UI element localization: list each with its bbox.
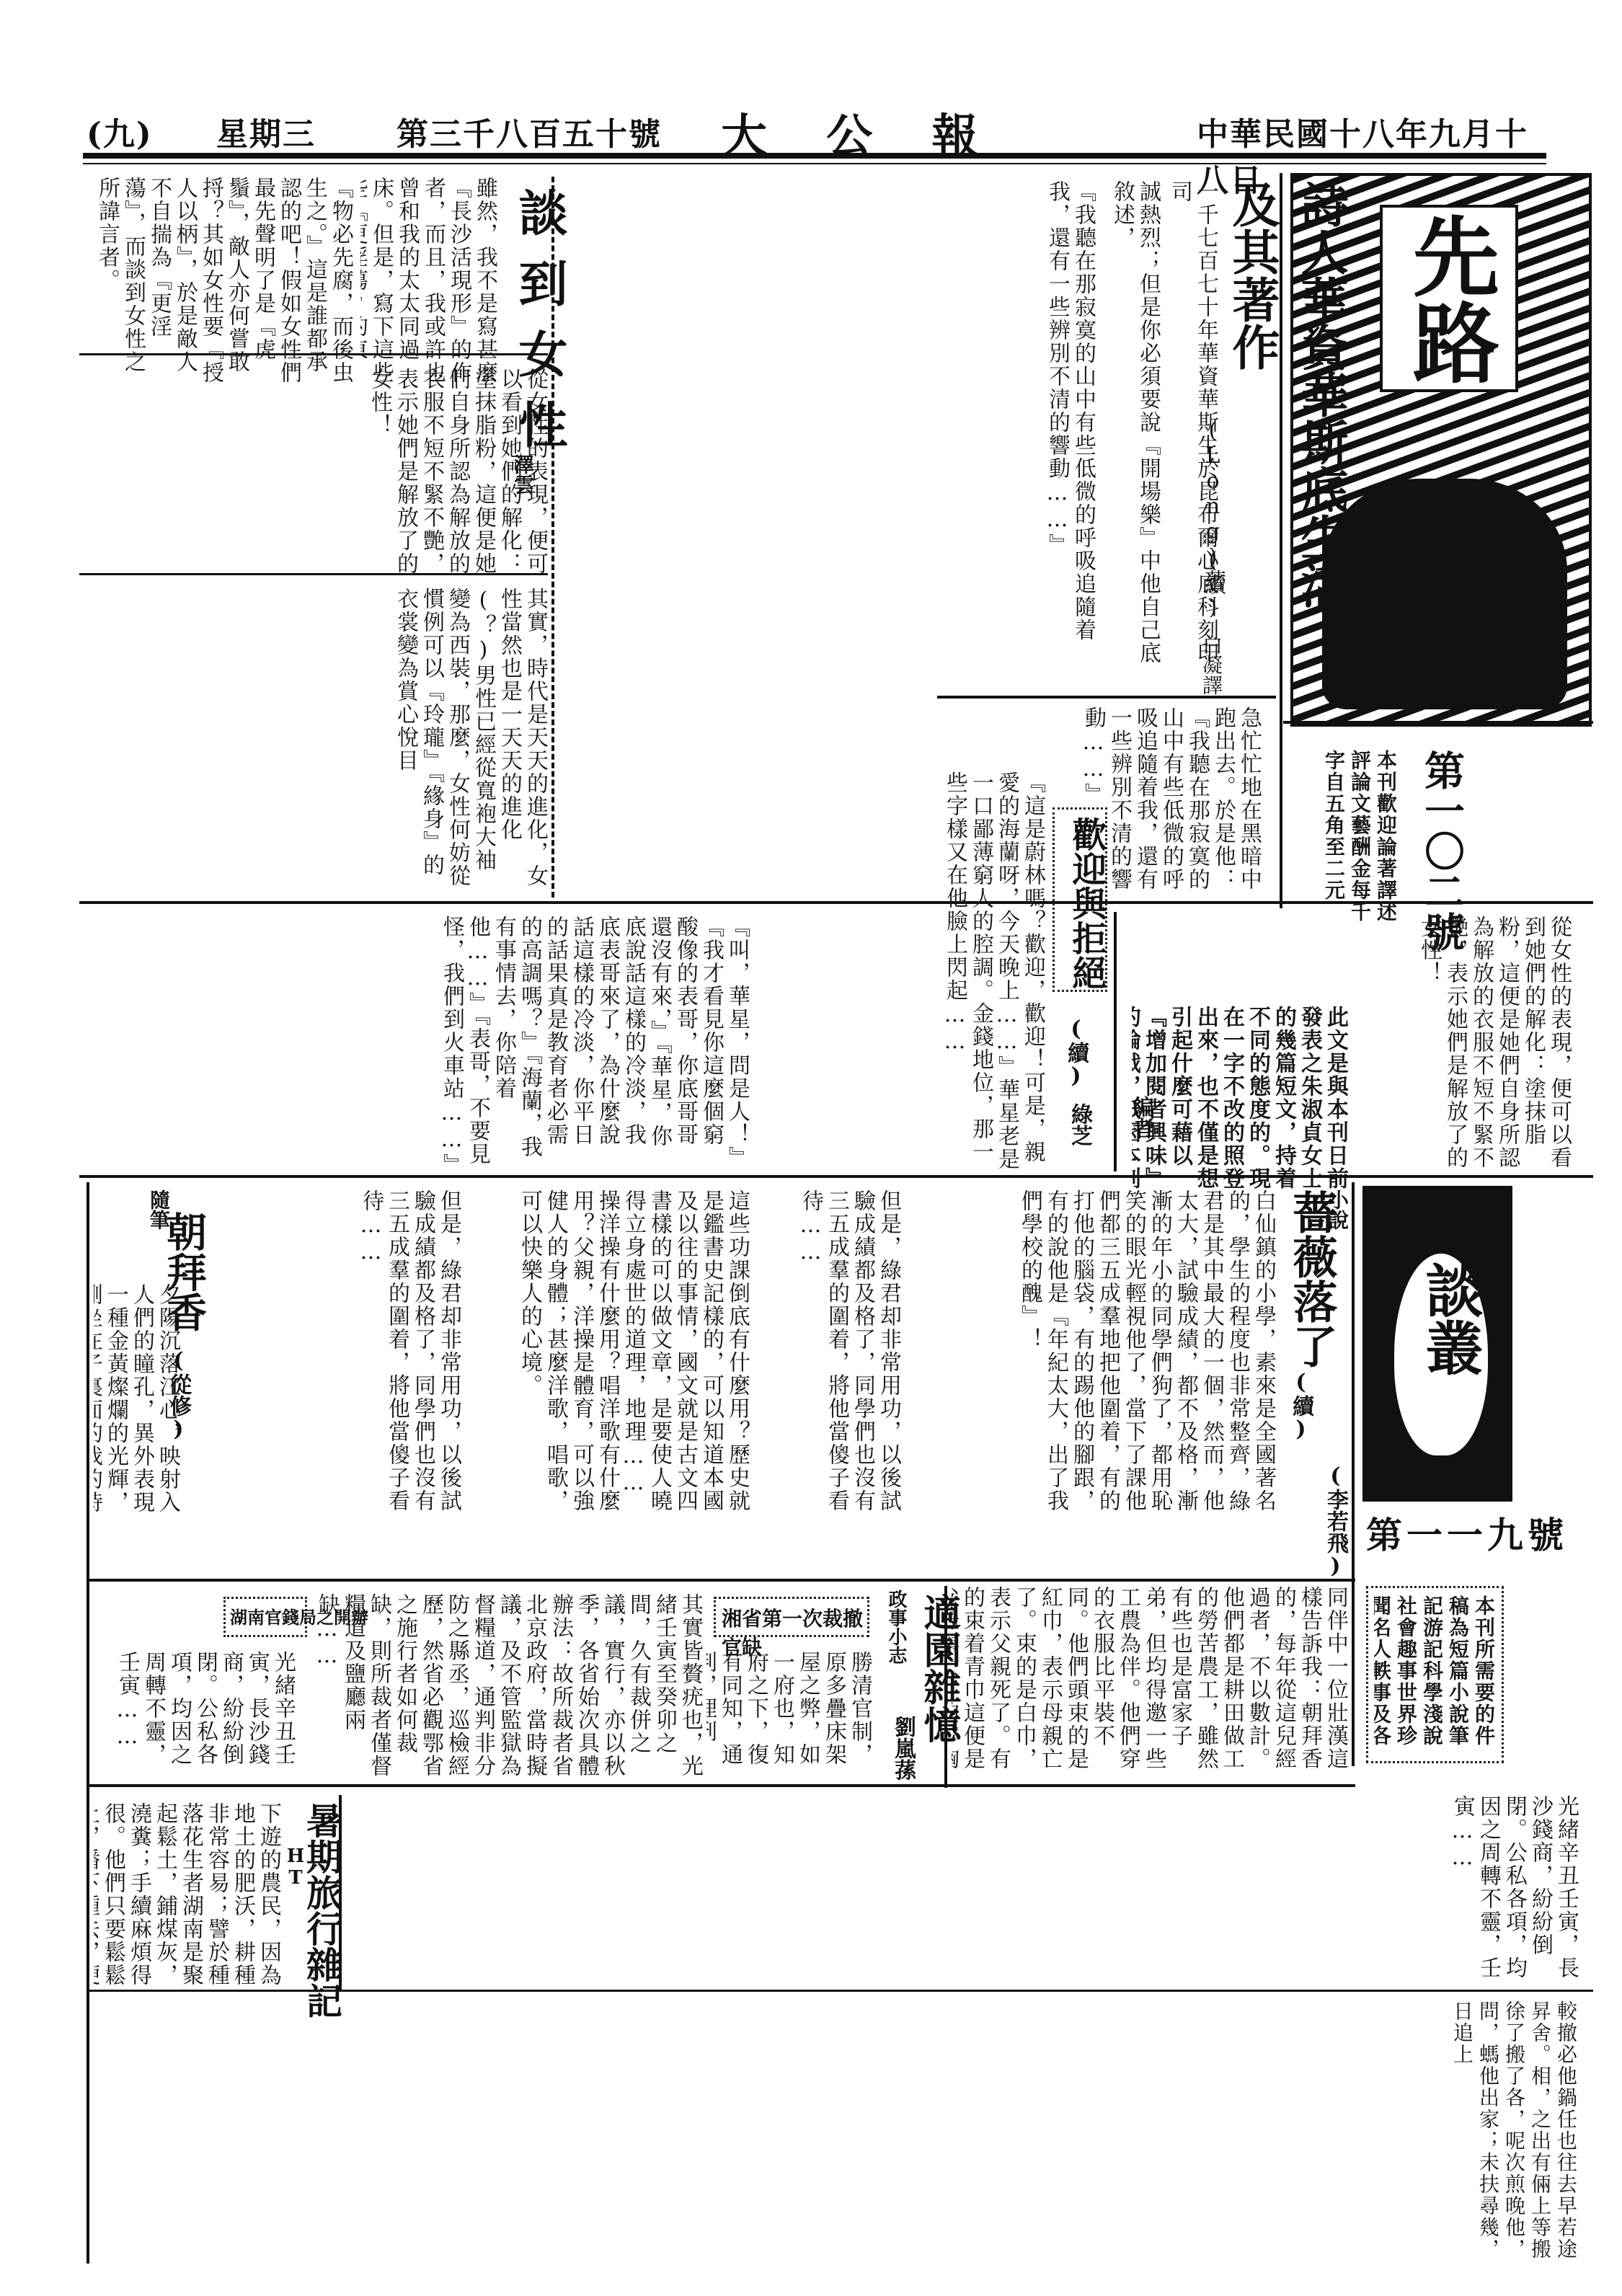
shiyuan-body-continued: 光緒辛丑壬寅，長沙錢商，紛紛倒閉。公私各項，均因之周轉不靈，壬寅…… — [382, 1795, 1579, 1990]
wordsworth-title: 詩人華資華斯底生活及其著作 — [1218, 180, 1355, 642]
rose-body-continued: 但是，綠君却非常用功，以後試驗成績都及格了，同學們也沒有三五成羣的圍着，將他當傻… — [187, 1189, 461, 1514]
pilgrimage-body-2: 同伴中一位壯漢這樣告訴我：朝拜香的，每年從這兒經過者，不以數計。他們都是耕田做工… — [952, 1586, 1348, 1788]
tancong-notice: 本刊所需要的件稿為短篇小說筆記游記科學淺說社會趣事世界珍聞名人軼事及各項有趣味之… — [1374, 1595, 1497, 1754]
women-body-3: 從女性的表現，便可以看到她們的解化：塗抹脂粉，這便是她們自身所認為解放的衣服不短… — [79, 368, 548, 584]
editor-signature: 編者 — [1125, 1096, 1156, 1139]
divider — [1283, 721, 1593, 724]
divider — [1114, 912, 1117, 1171]
rose-body-2: 但是，綠君却非常用功，以後試驗成績都及格了，同學們也沒有三五成羣的圍着，將他當傻… — [750, 1189, 901, 1514]
divider — [944, 1586, 947, 1788]
rose-body-3: 這些功課倒底有什麼用？歷史就是鑑書史記樣的，可以知道本國及以往的事情，國文就是古… — [461, 1189, 750, 1514]
rose-status: (續) — [1285, 1370, 1316, 1442]
horseman-figure-icon — [1322, 479, 1567, 709]
summer-travel-body: 下遊的農民，因為地土的肥沃，耕種非常容易；譬於種落花生者湖南是聚起鬆土，鋪煤灰，… — [94, 1802, 281, 1990]
shiyuan-subtitle: 政事小志 — [883, 1590, 910, 1665]
xianlu-logo: 先路 — [1380, 205, 1518, 392]
weekday: 星期三 — [216, 108, 316, 154]
divider — [87, 1182, 89, 2264]
wordsworth-body-1: 一千七百七十年華資華斯生於昆布爾心底科刻印司 — [1161, 180, 1218, 678]
wordsworth-body-2: 誠熱烈；但是你必須要說『開場樂』中他自己底敘述， — [1103, 180, 1161, 678]
women-body-1: 雖然，我不是寫甚麼『長沙活現形』的作者，而且，我或許也曾和我的太太同過床。但是，… — [360, 177, 497, 393]
section-heading-box: 湘省第一次裁撤官缺 — [714, 1597, 869, 1637]
shiyuan-author: 劉嵐蓀 — [887, 1716, 918, 1781]
divider — [1352, 1182, 1355, 1766]
wordsworth-body-continued: 『我聽在那寂寞的山中有些低微的呼吸追隨着我，還有一些辨別不清的響動……』 — [591, 180, 1096, 685]
welcome-refuse-author: 綠芝 — [1063, 1103, 1095, 1146]
welcome-refuse-body-1: 『這是蔚林嗎？歡迎，歡迎！可是，親愛的海蘭呀，今天晚上……』華星老是一口鄙薄窮人… — [757, 771, 1045, 1175]
xianlu-notice: 本刊歡迎論著譯述評論文藝酬金每千字自五角至二元 — [1298, 750, 1399, 923]
divider — [79, 353, 548, 355]
section-heading-box: 湖南官錢局之開辦 — [223, 1597, 307, 1637]
issue-number: 第三千八百五十號 — [396, 108, 662, 154]
shiyuan-body: 勝清官制，原多疊床架屋之弊，如一府也，知府之下，復有同知，通判，理刑廳，經歷廳…… — [706, 1651, 872, 1788]
summer-travel-author: HT — [285, 1845, 306, 1889]
women-body-2: 『物必先腐，而後虫生之。』這是誰都承認的吧！假如女性們最先聲明了是『虎鬚』，敵人… — [79, 177, 353, 393]
shiyuan-title: 適園雜憶 — [912, 1593, 966, 1743]
ornamental-divider — [79, 1175, 1593, 1178]
tancong-logo: 談叢 — [1409, 1261, 1492, 1376]
tancong-illustration: 談叢 — [1362, 1186, 1512, 1502]
rose-title: 薔薇落了 — [1280, 1189, 1344, 1368]
page-number: (九) — [87, 108, 153, 154]
welcome-refuse-body-2: 『叫，華星，問是人！』『我才看見你這麼個窮酸像的表哥，你底哥哥還沒有來，』『華星… — [79, 916, 750, 1168]
rose-author: (李若飛) — [1319, 1463, 1351, 1579]
masthead-rule — [83, 153, 1546, 159]
divider — [937, 696, 1276, 699]
divider — [87, 1784, 1355, 1787]
section-text: 光緒辛丑壬寅，長沙錢商，紛紛倒閉。公私各項，均因之周轉不靈，壬寅…… — [94, 1651, 296, 1788]
bottom-strip: 較撤必他鍋任也往去早若途昇舍。相，之出有倆上等搬徐了搬了各，呢次煎晚他，問，螞他… — [94, 2000, 1579, 2267]
divider — [87, 1579, 1355, 1582]
pilgrimage-body-1: 夕陽沉落江心，映射入人們的瞳孔，異外表現一種金黃燦爛的光輝，剛坐在子裏面的我的時… — [94, 1283, 180, 1521]
welcome-refuse-title-box: 歡迎與拒絕 — [1052, 807, 1107, 992]
tancong-issue: 第一一九號 — [1366, 1507, 1568, 1559]
welcome-refuse-status: (續) — [1060, 1016, 1091, 1089]
editor-note: 此文是與本刊日前發表之朱淑貞女士的幾篇短文，持着不同的態度的。現在一字不改的照登… — [1132, 1006, 1348, 1193]
tancong-notice-box: 本刊所需要的件稿為短篇小說筆記游記科學淺說社會趣事世界珍聞名人軼事及各項有趣味之… — [1366, 1586, 1504, 1763]
masthead: (九) 星期三 第三千八百五十號 大 公 報 中華民國十八年九月十八日 — [87, 108, 1535, 151]
masthead-rule-thin — [83, 163, 1546, 164]
rose-body-1: 白仙鎮的小學，素來是全國著名的，學生的程度也非常整齊，綠君是其中最大的一個，然而… — [901, 1189, 1276, 1514]
women-body-4: 其實，時代是天天的進化，女性當然也是一天天的進化(？)男性已經從寬袍大袖變為西裝… — [79, 588, 548, 890]
divider — [339, 1795, 342, 1990]
divider — [87, 1990, 1593, 1992]
divider — [79, 573, 548, 575]
section-heading: 湖南官錢局之開辦 — [230, 1603, 368, 1628]
